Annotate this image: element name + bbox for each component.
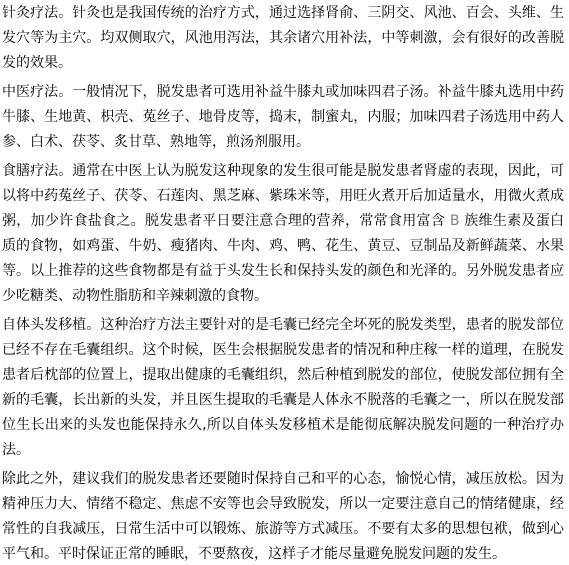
- paragraph-mental-health-advice: 除此之外，建议我们的脱发患者还要随时保持自己和平的心态，愉悦心情，减压放松。因为…: [2, 467, 564, 565]
- document-body: 针灸疗法。针灸也是我国传统的治疗方式，通过选择肾俞、三阴交、风池、百会、头维、生…: [0, 0, 569, 565]
- paragraph-hair-transplant: 自体头发移植。这种治疗方法主要针对的是毛囊已经完全坏死的脱发类型，患者的脱发部位…: [2, 313, 564, 463]
- text-run: 中医疗法。一般情况下，脱发患者可选用补益牛膝丸或加味四君子汤。补益牛膝丸选用中药…: [2, 84, 564, 150]
- paragraph-tcm-therapy: 中医疗法。一般情况下，脱发患者可选用补益牛膝丸或加味四君子汤。补益牛膝丸选用中药…: [2, 80, 564, 155]
- text-run: 除此之外，建议我们的脱发患者还要随时保持自己和平的心态，愉悦心情，减压放松。因为…: [2, 471, 564, 562]
- document-page: { "page": { "background_color": "#ffffff…: [0, 0, 569, 565]
- paragraph-diet-therapy: 食膳疗法。通常在中医上认为脱发这种现象的发生很可能是脱发患者肾虚的表现，因此，可…: [2, 159, 564, 309]
- text-run: 自体头发移植。这种治疗方法主要针对的是毛囊已经完全坏死的脱发类型，患者的脱发部位…: [2, 317, 564, 458]
- paragraph-acupuncture-therapy: 针灸疗法。针灸也是我国传统的治疗方式，通过选择肾俞、三阴交、风池、百会、头维、生…: [2, 1, 564, 76]
- text-run: 针灸疗法。针灸也是我国传统的治疗方式，通过选择肾俞、三阴交、风池、百会、头维、生…: [2, 5, 564, 71]
